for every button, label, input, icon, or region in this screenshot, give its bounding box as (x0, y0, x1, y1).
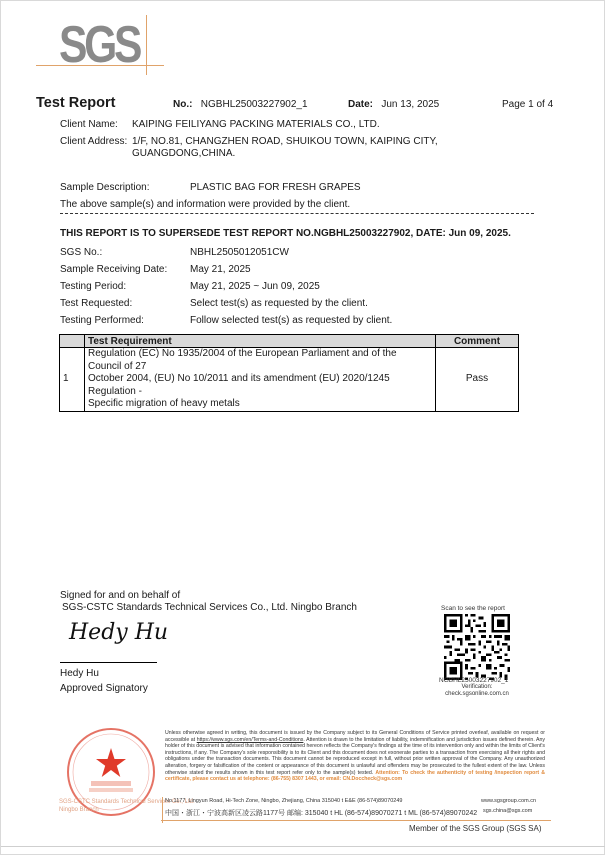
qr-verification: Verification: check.sgsonline.com.cn (441, 684, 513, 698)
header-test-requirement: Test Requirement (85, 335, 436, 348)
terms-link[interactable]: https://www.sgs.com/en/Terms-and-Conditi… (197, 737, 304, 743)
client-address-line2: GUANGDONG,CHINA. (132, 148, 235, 159)
client-address-line1: 1/F, NO.81, CHANGZHEN ROAD, SHUIKOU TOWN… (132, 136, 438, 147)
verification-site: check.sgsonline.com.cn (441, 691, 513, 698)
detail-label-test-requested: Test Requested: (60, 298, 132, 309)
sample-description-value: PLASTIC BAG FOR FRESH GRAPES (190, 182, 361, 193)
qr-label: Scan to see the report (441, 605, 505, 612)
detail-label-sgs-no: SGS No.: (60, 247, 102, 258)
signing-company: SGS-CSTC Standards Technical Services Co… (60, 602, 357, 614)
detail-label-receiving-date: Sample Receiving Date: (60, 264, 167, 275)
footer-divider (161, 820, 551, 821)
logo-divider-vertical (146, 15, 147, 75)
header-comment: Comment (436, 335, 519, 348)
handwritten-signature: Hedy Hu (69, 620, 168, 645)
logo-divider-horizontal (36, 65, 164, 66)
row-number: 1 (60, 348, 85, 412)
signature-block: Signed for and on behalf of SGS-CSTC Sta… (60, 590, 357, 614)
sample-description-label: Sample Description: (60, 182, 149, 193)
detail-label-testing-performed: Testing Performed: (60, 315, 144, 326)
detail-value-sgs-no: NBHL2505012051CW (190, 247, 289, 258)
email-link[interactable]: sgs.china@sgs.com (483, 808, 532, 814)
test-requirements-table: Test Requirement Comment 1 Regulation (E… (59, 334, 519, 412)
table-header-row: Test Requirement Comment (60, 335, 519, 348)
signed-for-text: Signed for and on behalf of (60, 590, 357, 602)
website-link[interactable]: www.sgsgroup.com.cn (481, 798, 536, 804)
qr-code-icon[interactable] (444, 614, 510, 680)
row-comment: Pass (436, 348, 519, 412)
detail-value-test-requested: Select test(s) as requested by the clien… (190, 298, 368, 309)
report-number-value: NGBHL25003227902_1 (201, 99, 308, 110)
report-date-label: Date: (348, 99, 373, 110)
signatory-name: Hedy Hu (60, 668, 99, 679)
member-statement: Member of the SGS Group (SGS SA) (409, 824, 542, 833)
qr-report-id: NGBHL25003227902_1 (439, 677, 508, 684)
signature-line (60, 662, 157, 663)
signatory-role: Approved Signatory (60, 683, 148, 694)
report-number-label: No.: (173, 99, 192, 110)
header-number (60, 335, 85, 348)
client-name-value: KAIPING FEILIYANG PACKING MATERIALS CO.,… (132, 119, 380, 130)
row-requirement: Regulation (EC) No 1935/2004 of the Euro… (85, 348, 436, 412)
sample-provided-note: The above sample(s) and information were… (60, 199, 350, 210)
client-name-label: Client Name: (60, 119, 118, 130)
report-date: Date: Jun 13, 2025 (348, 99, 439, 110)
requirement-line: Regulation (EC) No 1935/2004 of the Euro… (88, 348, 432, 373)
requirement-line: Specific migration of heavy metals (88, 398, 432, 411)
sgs-logo: SGS (59, 19, 139, 71)
detail-value-receiving-date: May 21, 2025 (190, 264, 251, 275)
address-english: No.1177, Lingyun Road, Hi-Tech Zone, Nin… (165, 798, 402, 804)
report-date-value: Jun 13, 2025 (381, 99, 439, 110)
page-indicator: Page 1 of 4 (502, 99, 553, 110)
table-row: 1 Regulation (EC) No 1935/2004 of the Eu… (60, 348, 519, 412)
address-chinese: 中国・浙江・宁波高新区凌云路1177号 邮编: 315040 t HL (86-… (165, 808, 477, 818)
report-title: Test Report (36, 95, 116, 111)
report-page: SGS Test Report No.: NGBHL25003227902_1 … (0, 0, 605, 855)
detail-label-testing-period: Testing Period: (60, 281, 126, 292)
detail-value-testing-performed: Follow selected test(s) as requested by … (190, 315, 392, 326)
legal-disclaimer: Unless otherwise agreed in writing, this… (165, 730, 545, 783)
report-number: No.: NGBHL25003227902_1 (173, 99, 308, 110)
verification-label: Verification: (441, 684, 513, 691)
page-bottom-border (1, 846, 605, 847)
requirement-line: October 2004, (EU) No 10/2011 and its am… (88, 373, 432, 398)
dashed-separator (60, 213, 534, 214)
supersede-notice: THIS REPORT IS TO SUPERSEDE TEST REPORT … (60, 228, 511, 239)
client-address-label: Client Address: (60, 136, 127, 147)
detail-value-testing-period: May 21, 2025 ~ Jun 09, 2025 (190, 281, 320, 292)
